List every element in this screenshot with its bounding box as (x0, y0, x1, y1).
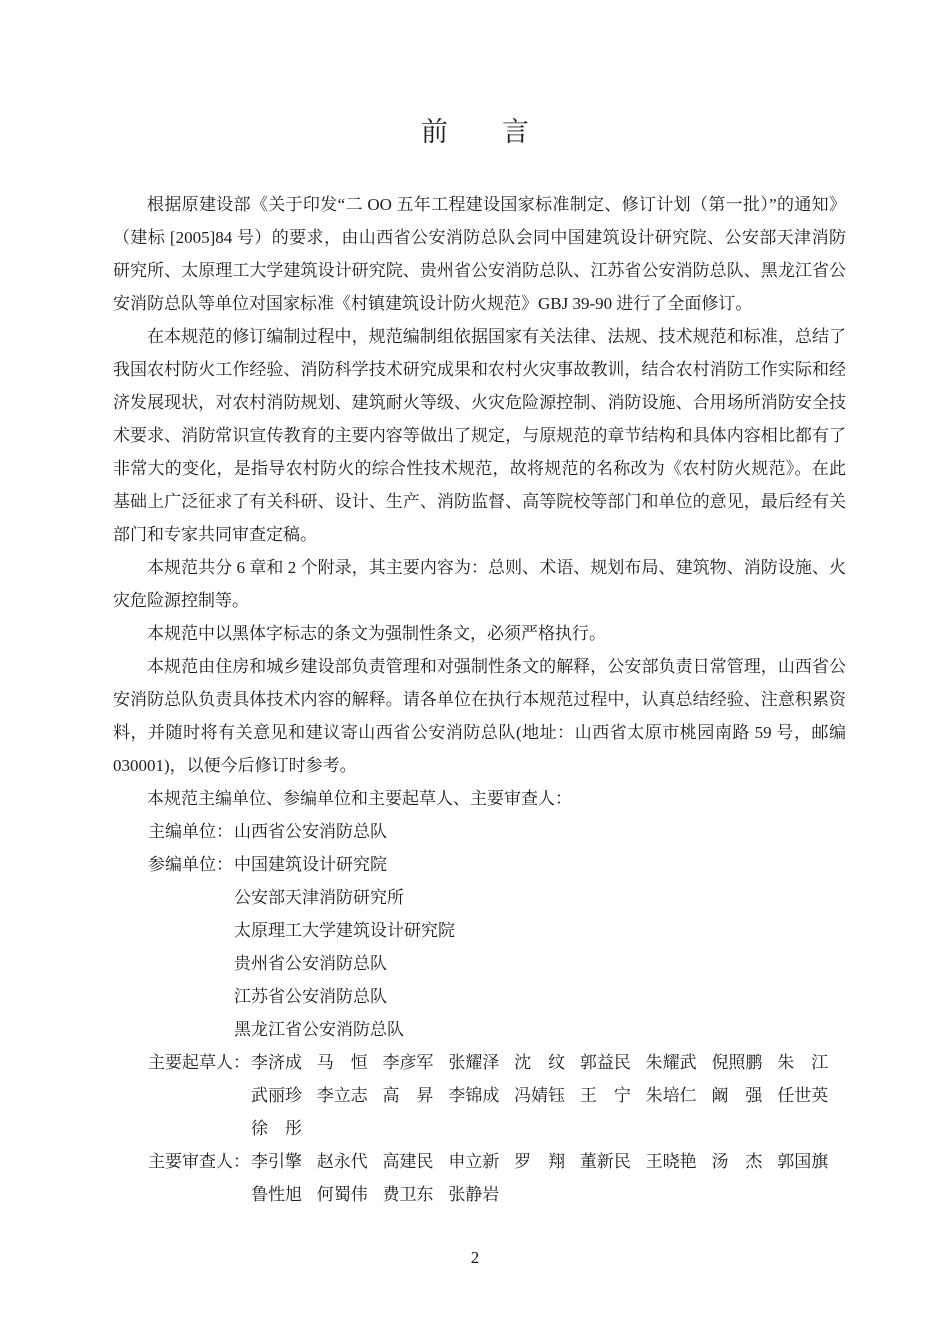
unit-name: 山西省公安消防总队 (234, 815, 387, 848)
unit-name: 江苏省公安消防总队 (234, 980, 455, 1013)
drafters-name-grid: 李济成马 恒李彦军张耀泽沈 纹郭益民朱耀武倪照鹏朱 江武丽珍李立志高 昇李锦成冯… (251, 1046, 843, 1145)
person-name: 朱 江 (777, 1046, 843, 1079)
chief-editor-label: 主编单位： (148, 815, 234, 848)
chief-editor-units: 山西省公安消防总队 (234, 815, 387, 848)
person-name: 张静岩 (448, 1178, 514, 1211)
person-name: 赵永代 (317, 1145, 383, 1178)
unit-name: 太原理工大学建筑设计研究院 (234, 914, 455, 947)
person-name: 冯婧钰 (514, 1079, 580, 1112)
drafters-label: 主要起草人： (148, 1046, 251, 1079)
drafters-section: 主要起草人： 李济成马 恒李彦军张耀泽沈 纹郭益民朱耀武倪照鹏朱 江武丽珍李立志… (148, 1046, 846, 1145)
paragraph-4: 本规范中以黑体字标志的条文为强制性条文，必须严格执行。 (113, 617, 846, 650)
person-name: 朱培仁 (646, 1079, 712, 1112)
person-name: 何蜀伟 (317, 1178, 383, 1211)
reviewers-name-grid: 李引擎赵永代高建民申立新罗 翔董新民王晓艳汤 杰郭国旗鲁性旭何蜀伟费卫东张静岩 (251, 1145, 843, 1211)
person-name: 张耀泽 (448, 1046, 514, 1079)
person-name: 高 昇 (383, 1079, 449, 1112)
person-name: 徐 彤 (251, 1112, 317, 1145)
reviewers-section: 主要审查人： 李引擎赵永代高建民申立新罗 翔董新民王晓艳汤 杰郭国旗鲁性旭何蜀伟… (148, 1145, 846, 1211)
person-name: 高建民 (383, 1145, 449, 1178)
chief-editor-section: 主编单位： 山西省公安消防总队 (148, 815, 846, 848)
document-page: 前 言 根据原建设部《关于印发“二 OO 五年工程建设国家标准制定、修订计划（第… (0, 0, 950, 1344)
person-name: 李引擎 (251, 1145, 317, 1178)
paragraph-2: 在本规范的修订编制过程中，规范编制组依据国家有关法律、法规、技术规范和标准，总结… (113, 320, 846, 551)
person-name: 李彦军 (383, 1046, 449, 1079)
unit-name: 公安部天津消防研究所 (234, 881, 455, 914)
person-name: 汤 杰 (711, 1145, 777, 1178)
paragraph-3: 本规范共分 6 章和 2 个附录，其主要内容为：总则、术语、规划布局、建筑物、消… (113, 551, 846, 617)
page-number: 2 (0, 1248, 950, 1268)
person-name: 郭国旗 (777, 1145, 843, 1178)
person-name: 申立新 (448, 1145, 514, 1178)
paragraph-5: 本规范由住房和城乡建设部负责管理和对强制性条文的解释，公安部负责日常管理，山西省… (113, 650, 846, 782)
paragraphs: 根据原建设部《关于印发“二 OO 五年工程建设国家标准制定、修订计划（第一批）”… (113, 188, 846, 815)
co-editor-section: 参编单位： 中国建筑设计研究院公安部天津消防研究所太原理工大学建筑设计研究院贵州… (148, 848, 846, 1046)
person-name: 马 恒 (317, 1046, 383, 1079)
person-name: 倪照鹏 (711, 1046, 777, 1079)
person-name: 郭益民 (580, 1046, 646, 1079)
paragraph-6: 本规范主编单位、参编单位和主要起草人、主要审查人： (113, 782, 846, 815)
co-editor-units: 中国建筑设计研究院公安部天津消防研究所太原理工大学建筑设计研究院贵州省公安消防总… (234, 848, 455, 1046)
person-name: 王晓艳 (646, 1145, 712, 1178)
reviewers-label: 主要审查人： (148, 1145, 251, 1178)
person-name: 朱耀武 (646, 1046, 712, 1079)
page-title: 前 言 (0, 112, 950, 152)
person-name: 任世英 (777, 1079, 843, 1112)
person-name: 武丽珍 (251, 1079, 317, 1112)
person-name: 罗 翔 (514, 1145, 580, 1178)
person-name: 李锦成 (448, 1079, 514, 1112)
person-name: 李济成 (251, 1046, 317, 1079)
person-name: 李立志 (317, 1079, 383, 1112)
unit-name: 中国建筑设计研究院 (234, 848, 455, 881)
person-name: 董新民 (580, 1145, 646, 1178)
co-editor-label: 参编单位： (148, 848, 234, 881)
person-name: 沈 纹 (514, 1046, 580, 1079)
unit-name: 贵州省公安消防总队 (234, 947, 455, 980)
paragraph-1: 根据原建设部《关于印发“二 OO 五年工程建设国家标准制定、修订计划（第一批）”… (113, 188, 846, 320)
person-name: 费卫东 (383, 1178, 449, 1211)
person-name: 阚 强 (711, 1079, 777, 1112)
person-name: 王 宁 (580, 1079, 646, 1112)
unit-name: 黑龙江省公安消防总队 (234, 1013, 455, 1046)
person-name: 鲁性旭 (251, 1178, 317, 1211)
document-body: 根据原建设部《关于印发“二 OO 五年工程建设国家标准制定、修订计划（第一批）”… (113, 188, 846, 1211)
